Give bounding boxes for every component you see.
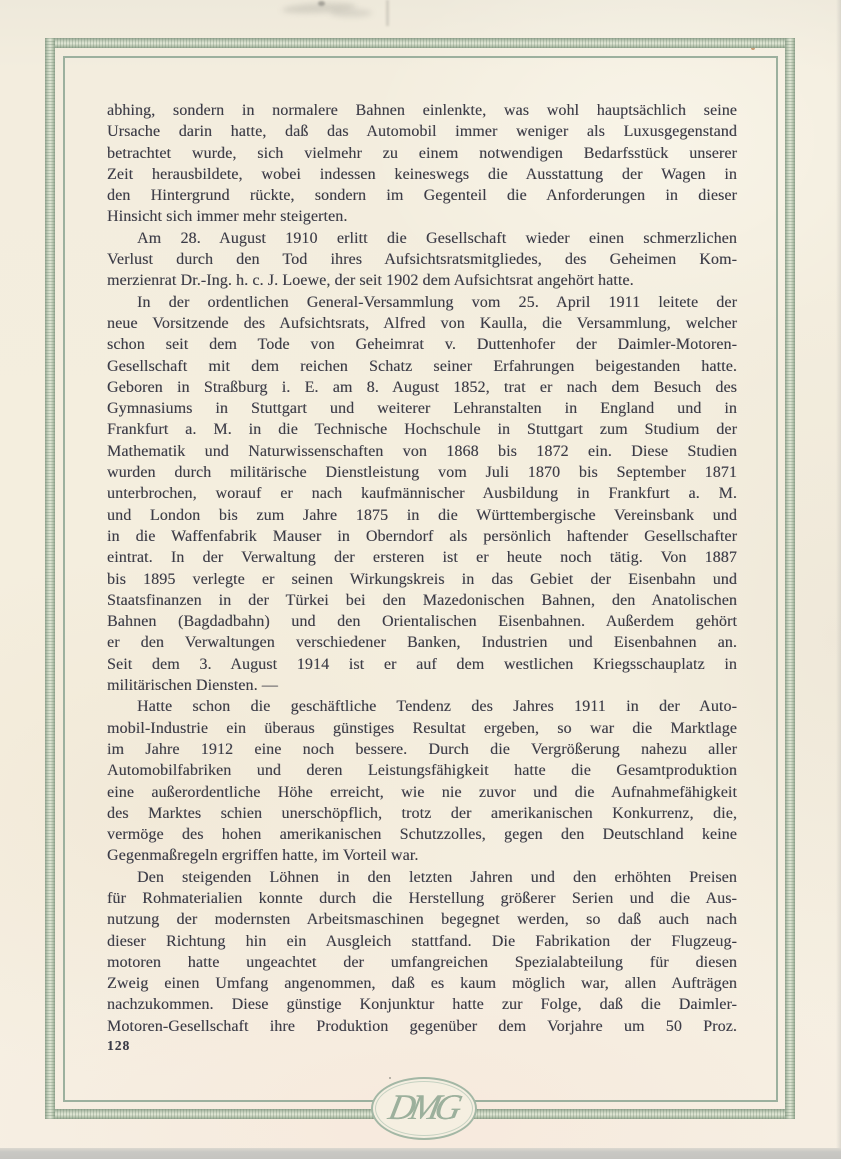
- text-line: Den steigenden Löhnen in den letzten Jah…: [107, 867, 737, 888]
- text-line: nutzung der modernsten Arbeitsmaschinen …: [107, 909, 737, 930]
- text-line: Hatte schon die geschäftliche Tendenz de…: [107, 696, 737, 717]
- text-line: Ursache darin hatte, daß das Automobil i…: [107, 121, 737, 142]
- frame-band-right: [785, 38, 795, 1119]
- scan-smudge: [282, 1, 356, 15]
- dmg-monogram: DMG: [371, 1077, 477, 1140]
- scanned-page: abhing, sondern in normalere Bahnen einl…: [0, 0, 841, 1159]
- text-line: Am 28. August 1910 erlitt die Gesellscha…: [107, 228, 737, 249]
- text-line: Bahnen (Bagdadbahn) und den Orientalisch…: [107, 611, 737, 632]
- text-line: im Jahre 1912 eine noch bessere. Durch d…: [107, 739, 737, 760]
- text-line: schon seit dem Tode von Geheimrat v. Dut…: [107, 334, 737, 355]
- text-line: betrachtet wurde, sich vielmehr zu einem…: [107, 143, 737, 164]
- text-line: für Rohmaterialien konnte durch die Hers…: [107, 888, 737, 909]
- text-line: bis 1895 verlegte er seinen Wirkungskrei…: [107, 569, 737, 590]
- scan-right-edge: [836, 0, 841, 1159]
- text-line: Gegenmaßregeln ergriffen hatte, im Vorte…: [107, 845, 737, 866]
- text-line: Mathematik und Naturwissenschaften von 1…: [107, 441, 737, 462]
- text-line: Gymnasiums in Stuttgart und weiterer Leh…: [107, 398, 737, 419]
- frame-band-left: [45, 38, 55, 1119]
- text-line: Zweig einen Umfang angenommen, daß es ka…: [107, 973, 737, 994]
- text-line: abhing, sondern in normalere Bahnen einl…: [107, 100, 737, 121]
- text-line: er den Verwaltungen verschiedener Banken…: [107, 632, 737, 653]
- text-line: Staatsfinanzen in der Türkei bei den Maz…: [107, 590, 737, 611]
- text-line: merzienrat Dr.-Ing. h. c. J. Loewe, der …: [107, 270, 737, 291]
- text-line: neue Vorsitzende des Aufsichtsrats, Alfr…: [107, 313, 737, 334]
- text-line: eintrat. In der Verwaltung der ersteren …: [107, 547, 737, 568]
- frame-band-top: [45, 38, 795, 48]
- text-line: dieser Richtung hin ein Ausgleich stattf…: [107, 931, 737, 952]
- text-line: militärischen Diensten. —: [107, 675, 737, 696]
- text-line: unterbrochen, worauf er nach kaufmännisc…: [107, 483, 737, 504]
- page-number: 128: [107, 1038, 130, 1054]
- text-line: und London bis zum Jahre 1875 in die Wür…: [107, 505, 737, 526]
- text-line: mobil-Industrie ein überaus günstiges Re…: [107, 718, 737, 739]
- text-line: nachzukommen. Diese günstige Konjunktur …: [107, 994, 737, 1015]
- text-line: den Hintergrund rückte, sondern im Gegen…: [107, 185, 737, 206]
- scan-smudge: [318, 1, 325, 6]
- monogram-letters: DMG: [385, 1089, 460, 1125]
- text-line: Zeit herausbildete, wobei indessen keine…: [107, 164, 737, 185]
- text-line: Geboren in Straßburg i. E. am 8. August …: [107, 377, 737, 398]
- text-line: In der ordentlichen General-Versammlung …: [107, 292, 737, 313]
- text-line: wurden durch militärische Dienstleistung…: [107, 462, 737, 483]
- text-line: Hinsicht sich immer mehr steigerten.: [107, 206, 737, 227]
- text-line: Motoren-Gesellschaft ihre Produktion geg…: [107, 1016, 737, 1037]
- scan-smudge: [386, 0, 389, 26]
- text-block: abhing, sondern in normalere Bahnen einl…: [107, 100, 737, 1037]
- text-line: Seit dem 3. August 1914 ist er auf dem w…: [107, 654, 737, 675]
- text-line: des Marktes schien unerschöpflich, trotz…: [107, 803, 737, 824]
- text-line: Automobilfabriken und deren Leistungsfäh…: [107, 760, 737, 781]
- scan-smudge: [330, 9, 372, 17]
- text-line: Verlust durch den Tod ihres Aufsichtsrat…: [107, 249, 737, 270]
- text-line: Frankfurt a. M. in die Technische Hochsc…: [107, 419, 737, 440]
- text-line: Gesellschaft mit dem reichen Schatz sein…: [107, 356, 737, 377]
- scan-bottom-edge: [0, 1148, 841, 1159]
- text-line: eine außerordentliche Höhe erreicht, wie…: [107, 782, 737, 803]
- text-line: motoren hatte ungeachtet der umfangreich…: [107, 952, 737, 973]
- text-line: vermöge des hohen amerikanischen Schutzz…: [107, 824, 737, 845]
- text-line: in die Waffenfabrik Mauser in Oberndorf …: [107, 526, 737, 547]
